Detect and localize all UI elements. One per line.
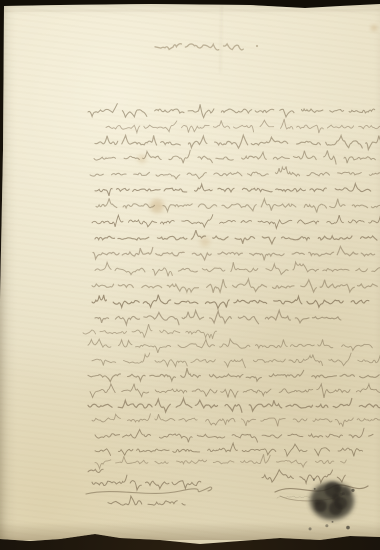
underline-flourish (86, 487, 212, 494)
ink-seal-stamp (309, 479, 355, 531)
handwriting-layer (0, 0, 380, 550)
signature-line (108, 496, 185, 505)
scan-backdrop (0, 0, 380, 550)
fold-creases (4, 5, 380, 72)
closing-formula-line (262, 470, 345, 483)
letter-body-text (83, 104, 380, 473)
letter-heading (155, 44, 258, 50)
date-line (92, 475, 201, 490)
